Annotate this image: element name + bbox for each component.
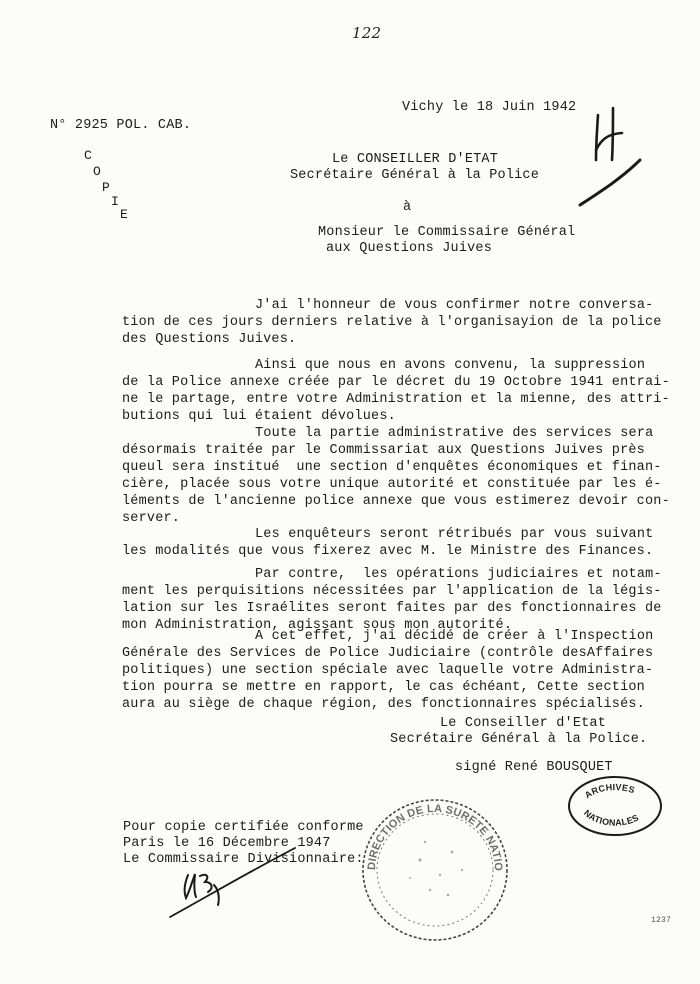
signature-line: signé René BOUSQUET <box>455 760 613 775</box>
archives-stamp-bottom-text: NATIONALES <box>582 808 640 828</box>
body-paragraph-3: Toute la partie administrative des servi… <box>122 425 682 527</box>
text-line: Générale des Services de Police Judiciai… <box>122 645 682 662</box>
copie-letter: I <box>111 194 119 209</box>
copie-letter: P <box>102 180 110 195</box>
addressed-to-word: à <box>403 200 411 215</box>
body-paragraph-1: J'ai l'honneur de vous confirmer notre c… <box>122 297 682 348</box>
recipient-title: Monsieur le Commissaire Général <box>318 225 575 240</box>
text-line: tion de ces jours derniers relative à l'… <box>122 314 682 331</box>
text-line: des Questions Juives. <box>122 331 682 348</box>
copie-letter: E <box>120 207 128 222</box>
text-line: server. <box>122 510 682 527</box>
archives-stamp-top-text: ARCHIVES <box>583 782 636 800</box>
text-line: aura au siège de chaque région, des fonc… <box>122 696 682 713</box>
archives-nationales-stamp: ARCHIVES NATIONALES <box>569 777 661 835</box>
text-line: butions qui lui étaient dévolues. <box>122 408 682 425</box>
svg-text:ARCHIVES: ARCHIVES <box>583 782 636 800</box>
text-line: Les enquêteurs seront rétribués par vous… <box>122 526 682 543</box>
text-line: cière, placée sous votre unique autorité… <box>122 476 682 493</box>
body-paragraph-6: A cet effet, j'ai décidé de créer à l'In… <box>122 628 682 713</box>
text-line: Par contre, les opérations judiciaires e… <box>122 566 682 583</box>
closing-title: Le Conseiller d'Etat <box>440 716 606 731</box>
text-line: politiques) une section spéciale avec la… <box>122 662 682 679</box>
text-line: les modalités que vous fixerez avec M. l… <box>122 543 682 560</box>
body-paragraph-5: Par contre, les opérations judiciaires e… <box>122 566 682 634</box>
text-line: de la Police annexe créée par le décret … <box>122 374 682 391</box>
text-line: A cet effet, j'ai décidé de créer à l'In… <box>122 628 682 645</box>
sender-office: Secrétaire Général à la Police <box>290 168 539 183</box>
certification-line-1: Pour copie certifiée conforme <box>123 820 364 835</box>
text-line: désormais traitée par le Commissariat au… <box>122 442 682 459</box>
text-line: Toute la partie administrative des servi… <box>122 425 682 442</box>
page-number: 122 <box>352 24 381 42</box>
text-line: lation sur les Israélites seront faites … <box>122 600 682 617</box>
reference-number: N° 2925 POL. CAB. <box>50 118 191 133</box>
certification-line-3: Le Commissaire Divisionnaire: <box>123 852 364 867</box>
body-paragraph-4: Les enquêteurs seront rétribués par vous… <box>122 526 682 560</box>
body-paragraph-2: Ainsi que nous en avons convenu, la supp… <box>122 357 682 425</box>
svg-text:NATIONALES: NATIONALES <box>582 808 640 828</box>
handwritten-h-mark <box>580 108 640 205</box>
scanned-letter-page: 122 N° 2925 POL. CAB. Vichy le 18 Juin 1… <box>0 0 700 984</box>
text-line: Ainsi que nous en avons convenu, la supp… <box>122 357 682 374</box>
text-line: J'ai l'honneur de vous confirmer notre c… <box>122 297 682 314</box>
closing-office: Secrétaire Général à la Police. <box>390 732 647 747</box>
text-line: ne le partage, entre votre Administratio… <box>122 391 682 408</box>
text-line: léments de l'ancienne police annexe que … <box>122 493 682 510</box>
copie-letter: C <box>84 148 92 163</box>
copie-letter: O <box>93 164 101 179</box>
text-line: queul sera institué une section d'enquêt… <box>122 459 682 476</box>
footer-mark: 1237 <box>651 916 671 925</box>
place-and-date: Vichy le 18 Juin 1942 <box>402 100 576 115</box>
recipient-office: aux Questions Juives <box>326 241 492 256</box>
sender-title: Le CONSEILLER D'ETAT <box>332 152 498 167</box>
text-line: tion pourra se mettre en rapport, le cas… <box>122 679 682 696</box>
text-line: ment les perquisitions nécessitées par l… <box>122 583 682 600</box>
certification-line-2: Paris le 16 Décembre 1947 <box>123 836 331 851</box>
